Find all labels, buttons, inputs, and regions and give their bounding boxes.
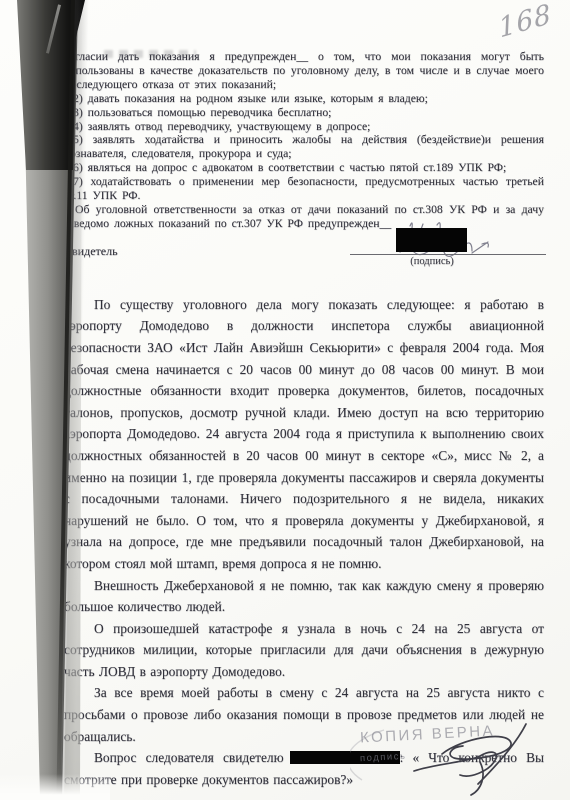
question-prefix: Вопрос следователя свидетелю: [94, 750, 284, 765]
rights-item-3: 3) пользоваться помощью переводчика бесп…: [64, 106, 544, 120]
testimony-block: По существу уголовного дела могу показат…: [64, 294, 544, 791]
signature-area: (подпись): [350, 222, 546, 276]
witness-label: Свидетель: [64, 244, 118, 258]
signature-caption: (подпись): [390, 256, 474, 267]
rights-item-7: 7) ходатайствовать о применении мер безо…: [64, 175, 544, 203]
rights-block: согласии дать показания я предупрежден__…: [64, 50, 544, 231]
rights-item-2: 2) давать показания на родном языке или …: [64, 92, 544, 106]
testimony-paragraph: О произошедшей катастрофе я узнала в ноч…: [64, 618, 544, 683]
rights-item-5: 5) заявлять ходатайства и приносить жало…: [64, 133, 544, 161]
rights-intro: согласии дать показания я предупрежден__…: [64, 50, 544, 92]
spine-highlight: [46, 4, 61, 53]
testimony-paragraph: Внешность Джеберхановой я не помню, так …: [64, 575, 544, 618]
rights-item-6: 6) являться на допрос с адвокатом в соот…: [64, 161, 544, 175]
rights-item-4: 4) заявлять отвод переводчику, участвующ…: [64, 120, 544, 134]
signature-redaction-box: [396, 228, 467, 252]
testimony-paragraph: По существу уголовного дела могу показат…: [64, 294, 544, 575]
copy-stamp: КОПИЯ ВЕРНА подпись: [350, 718, 555, 800]
signature-line: [350, 254, 546, 255]
scanned-page: 168 согласии дать показания я предупрежд…: [0, 0, 570, 800]
handwritten-page-number: 168: [497, 0, 554, 45]
witness-signature-row: Свидетель (подпись): [64, 242, 544, 294]
document-body: согласии дать показания я предупрежден__…: [64, 50, 544, 790]
